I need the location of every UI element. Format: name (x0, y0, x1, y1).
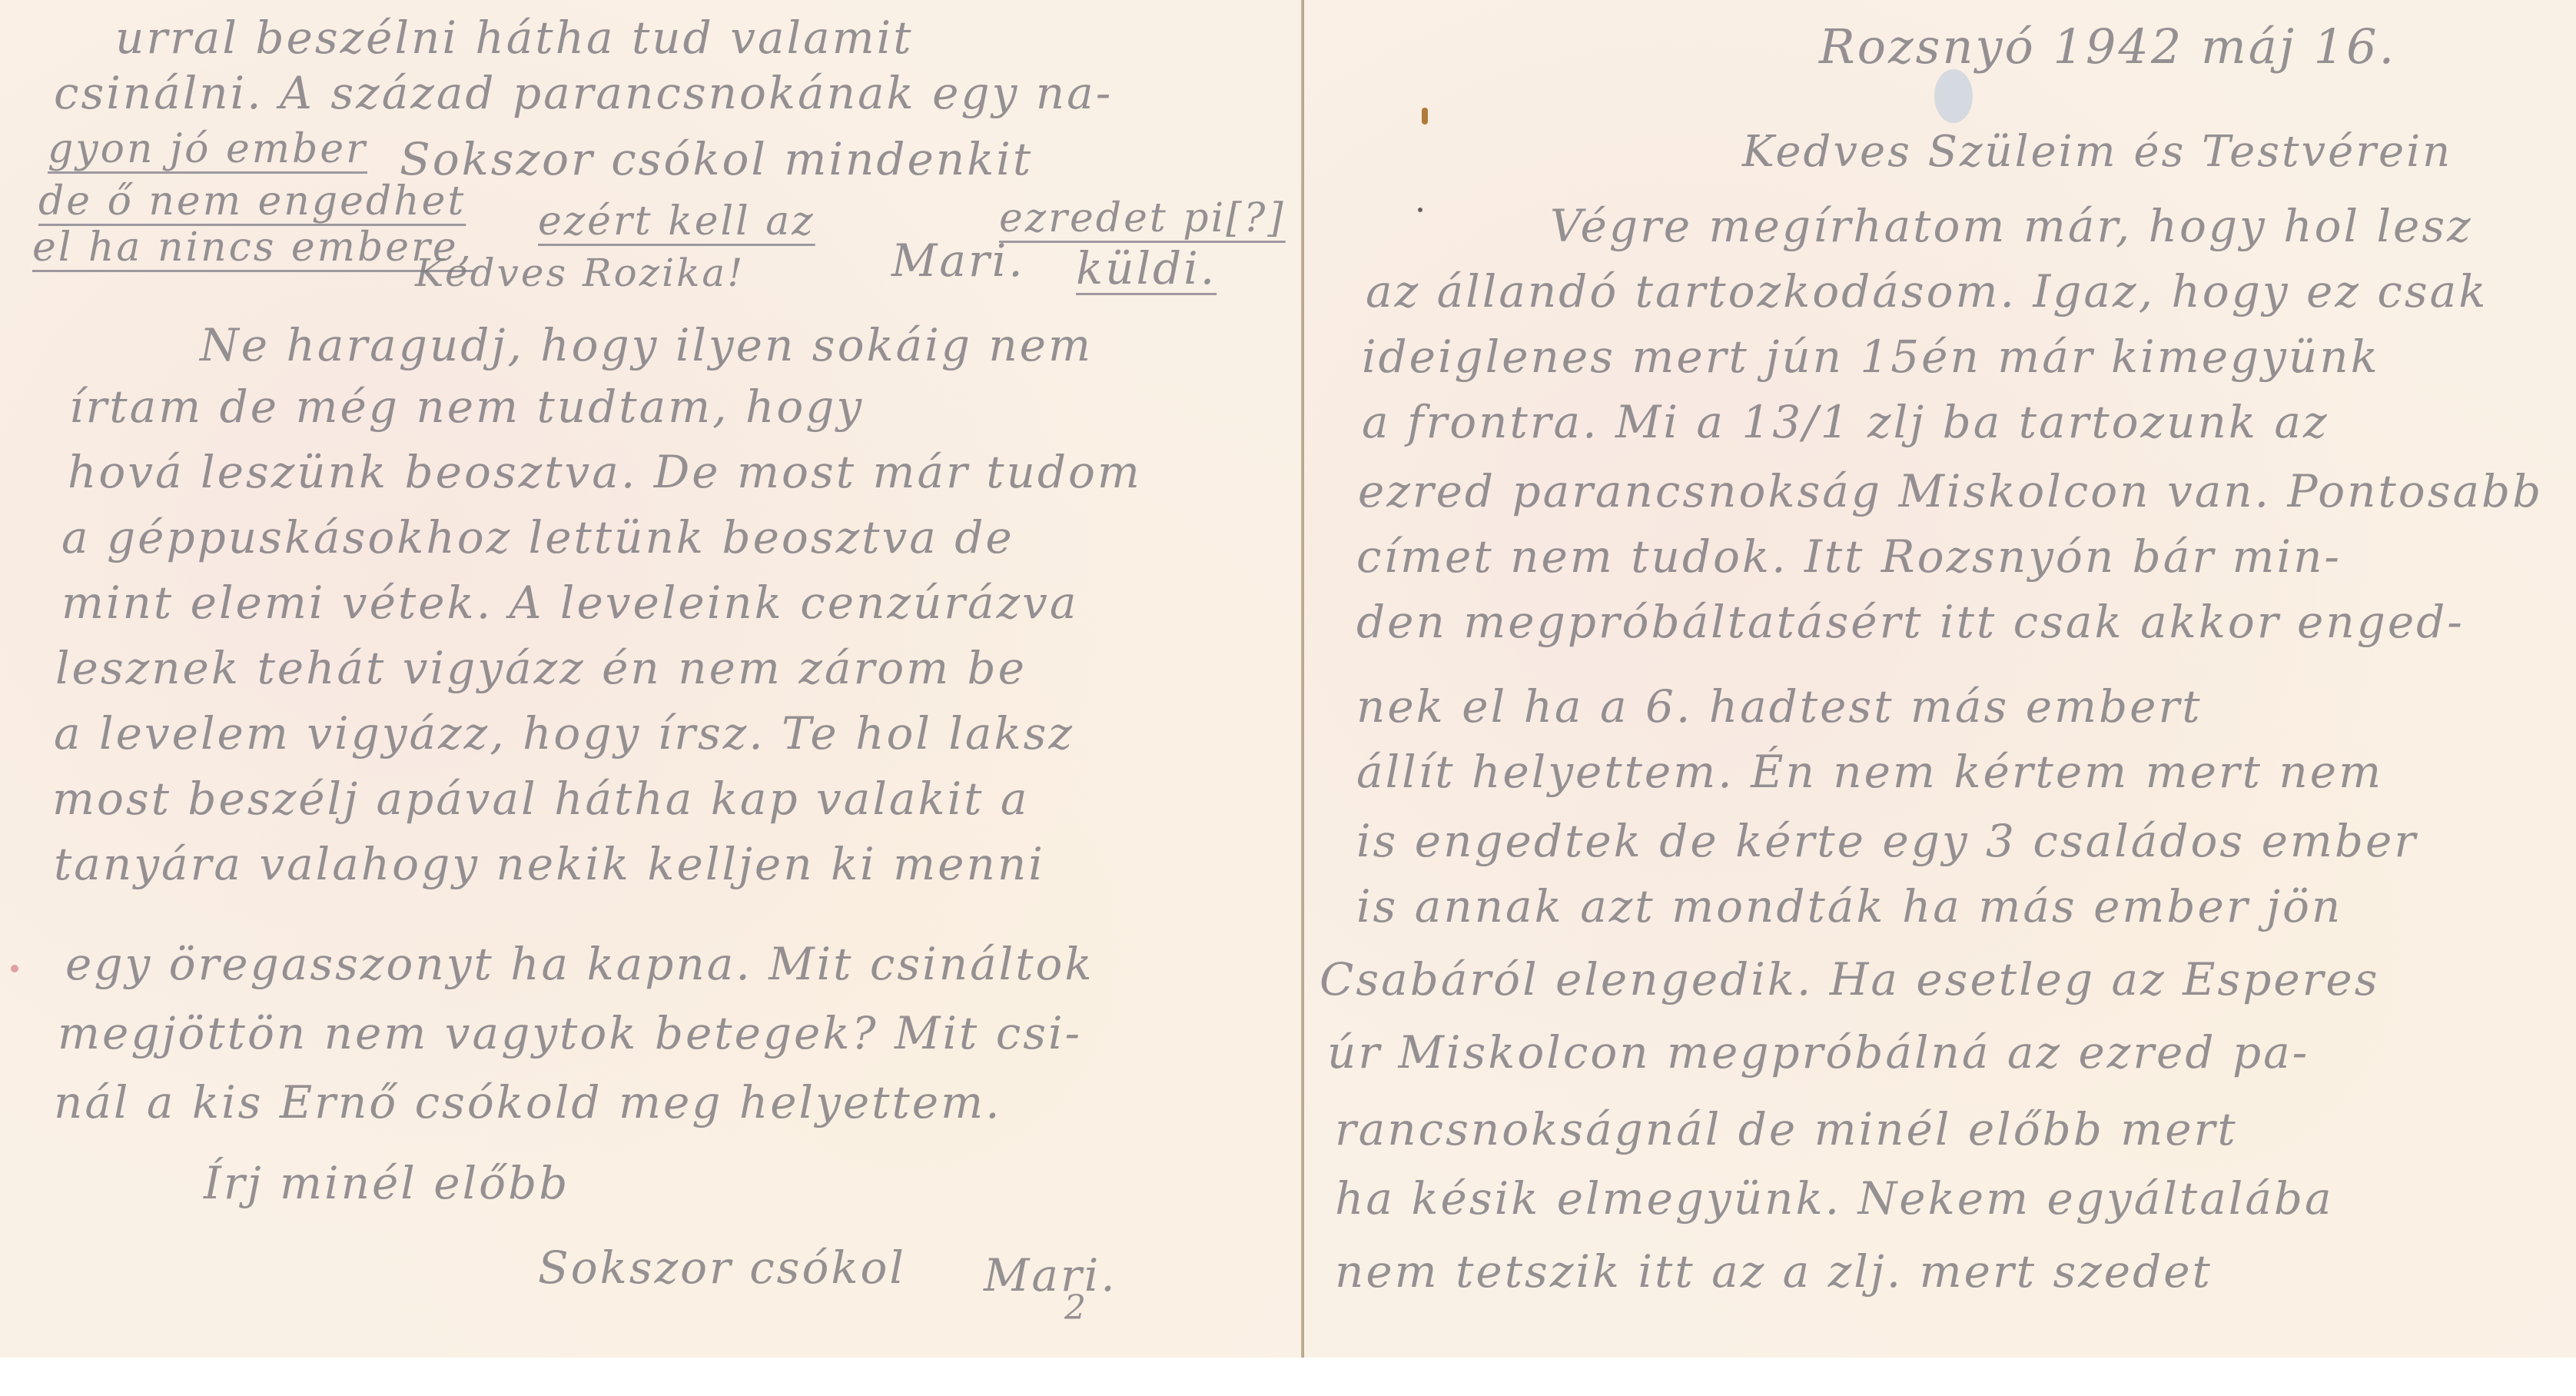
right-line-5: ezred parancsnokság Miskolcon van. Ponto… (1358, 469, 2543, 514)
left-page: urral beszélni hátha tud valamit csináln… (0, 0, 1301, 1358)
left-line-6: Ne haragudj, hogy ilyen sokáig nem (200, 323, 1093, 367)
right-line-3: ideiglenes mert jún 15én már kimegyünk (1362, 334, 2380, 379)
blue-ink-smudge (1934, 69, 1973, 123)
place-date: Rozsnyó 1942 máj 16. (1819, 23, 2396, 71)
right-line-11: is annak azt mondták ha más ember jön (1356, 884, 2342, 929)
left-line-3: gyon jó ember (48, 129, 367, 169)
left-line-12: a levelem vigyázz, hogy írsz. Te hol lak… (54, 711, 1074, 756)
rust-spot (1422, 108, 1428, 125)
left-line-17: nál a kis Ernő csókold meg helyettem. (54, 1080, 1002, 1125)
right-line-12: Csabáról elengedik. Ha esetleg az Espere… (1320, 957, 2379, 1002)
left-line-2: csinálni. A század parancsnokának egy na… (54, 71, 1113, 115)
left-line-13: most beszélj apával hátha kap valakit a (52, 776, 1030, 821)
left-line-4: de ő nem engedhet (38, 181, 466, 221)
right-line-4: a frontra. Mi a 13/1 zlj ba tartozunk az (1362, 400, 2329, 444)
left-sign-top-2: küldi. (1076, 246, 1217, 291)
left-line-18: Írj minél előbb (204, 1161, 569, 1205)
left-line-14: tanyára valahogy nekik kelljen ki menni (54, 842, 1045, 886)
right-line-13: úr Miskolcon megpróbálná az ezred pa- (1327, 1030, 2309, 1075)
left-line-8: hová leszünk beosztva. De most már tudom (68, 450, 1142, 494)
right-line-1: Végre megírhatom már, hogy hol lesz (1550, 204, 2473, 248)
dark-dot (1418, 208, 1422, 212)
right-line-15: ha késik elmegyünk. Nekem egyáltalába (1335, 1176, 2334, 1221)
left-closing: Sokszor csókol (538, 1245, 906, 1290)
right-line-8: nek el ha a 6. hadtest más embert (1356, 684, 2203, 729)
left-line-1: urral beszélni hátha tud valamit (115, 15, 914, 60)
right-line-14: rancsnokságnál de minél előbb mert (1335, 1107, 2238, 1152)
left-signature: Mari. (984, 1253, 1117, 1298)
left-sign-top: Mari. (891, 238, 1025, 283)
left-line-10: mint elemi vétek. A leveleink cenzúrázva (61, 580, 1079, 625)
right-line-2: az állandó tartozkodásom. Igaz, hogy ez … (1366, 269, 2488, 314)
right-line-9: állít helyettem. Én nem kértem mert nem (1356, 750, 2383, 794)
left-line-3b: Sokszor csókol mindenkit (400, 137, 1033, 181)
left-line-15: egy öregasszonyt ha kapna. Mit csináltok (65, 942, 1094, 986)
left-line-9: a géppuskásokhoz lettünk beosztva de (61, 515, 1014, 560)
salutation: Kedves Szüleim és Testvérein (1742, 131, 2452, 174)
left-line-5c: ezredet pi[?] (999, 198, 1286, 238)
left-line-5b: ezért kell az (538, 201, 815, 241)
left-line-11: lesznek tehát vigyázz én nem zárom be (55, 646, 1027, 690)
left-line-7: írtam de még nem tudtam, hogy (69, 384, 864, 429)
right-line-10: is engedtek de kérte egy 3 családos embe… (1356, 819, 2418, 863)
right-line-16: nem tetszik itt az a zlj. mert szedet (1335, 1249, 2213, 1294)
right-line-6: címet nem tudok. Itt Rozsnyón bár min- (1356, 534, 2342, 579)
left-line-16: megjöttön nem vagytok betegek? Mit csi- (58, 1011, 1082, 1055)
right-page: Rozsnyó 1942 máj 16. Kedves Szüleim és T… (1303, 0, 2576, 1358)
left-greeting: Kedves Rozika! (415, 254, 745, 292)
pink-dot (11, 965, 18, 972)
right-line-7: den megpróbáltatásért itt csak akkor eng… (1356, 600, 2465, 644)
scan-margin (0, 1358, 2576, 1396)
page-number-mark: 2 (1064, 1291, 1088, 1325)
left-line-5: el ha nincs embere, (32, 228, 473, 268)
letter-scan: urral beszélni hátha tud valamit csináln… (0, 0, 2576, 1358)
